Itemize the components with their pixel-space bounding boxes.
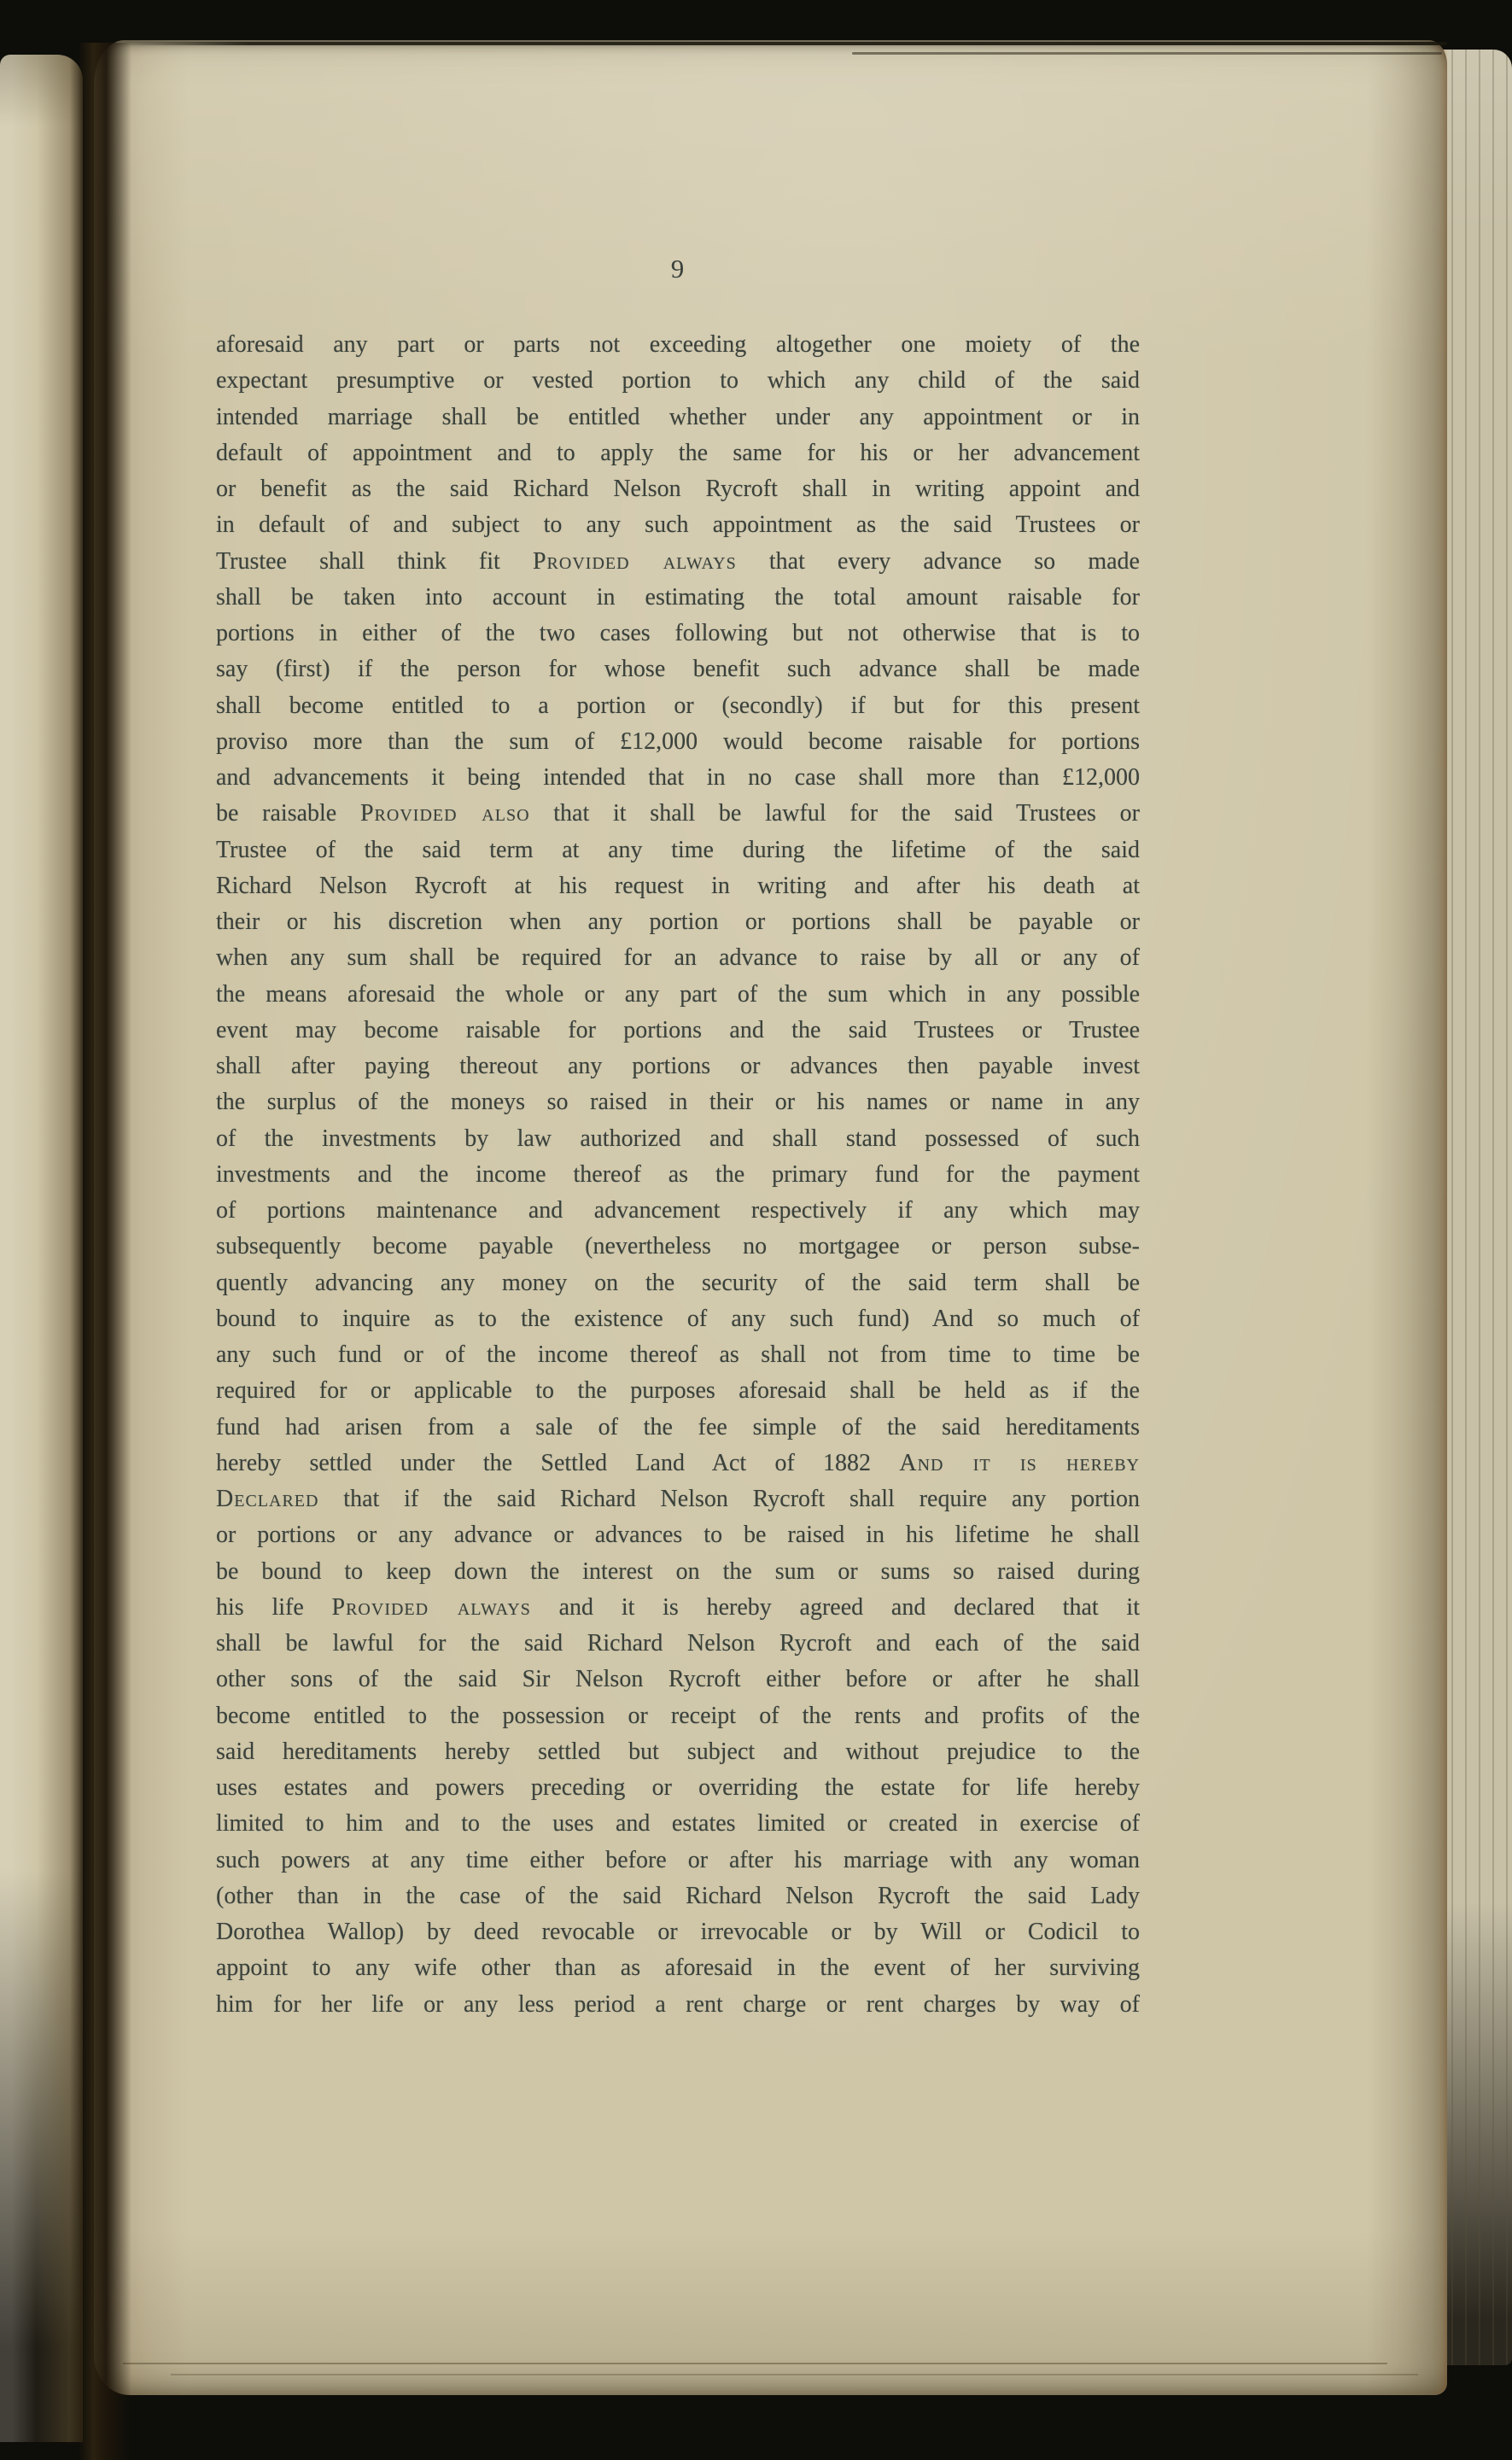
text-line: quently advancing any money on the secur… <box>216 1265 1140 1301</box>
text-line: of the investments by law authorized and… <box>216 1121 1140 1157</box>
text-segment: be raisable <box>216 800 360 827</box>
page-top-edge-secondary <box>852 52 1442 55</box>
text-segment: shall become entitled to a portion or (s… <box>216 692 1140 719</box>
text-segment: investments and the income thereof as th… <box>216 1161 1140 1188</box>
text-segment: of portions maintenance and advancement … <box>216 1197 1140 1224</box>
text-segment: become entitled to the possession or rec… <box>216 1703 1140 1729</box>
text-segment: the surplus of the moneys so raised in t… <box>216 1089 1140 1115</box>
text-line: event may become raisable for portions a… <box>216 1013 1140 1049</box>
text-line: be bound to keep down the interest on th… <box>216 1554 1140 1590</box>
small-caps-phrase: Provided always <box>533 548 737 575</box>
text-segment: him for her life or any less period a re… <box>216 1991 1140 2018</box>
text-segment: Trustee of the said term at any time dur… <box>216 837 1140 863</box>
text-line: hereby settled under the Settled Land Ac… <box>216 1446 1140 1481</box>
text-segment: other sons of the said Sir Nelson Rycrof… <box>216 1666 1140 1692</box>
text-segment: shall be lawful for the said Richard Nel… <box>216 1630 1140 1657</box>
text-segment: say (first) if the person for whose bene… <box>216 656 1140 682</box>
page-bottom-crease <box>123 2363 1387 2364</box>
text-segment: be bound to keep down the interest on th… <box>216 1558 1140 1585</box>
text-segment: appoint to any wife other than as afores… <box>216 1955 1140 1981</box>
small-caps-phrase: And it is hereby <box>899 1450 1140 1476</box>
page-bottom-edge-line <box>171 2374 1418 2375</box>
text-line: when any sum shall be required for an ad… <box>216 940 1140 976</box>
text-line: uses estates and powers preceding or ove… <box>216 1770 1140 1806</box>
text-segment: portions in either of the two cases foll… <box>216 620 1140 646</box>
text-line: said hereditaments hereby settled but su… <box>216 1734 1140 1770</box>
text-line: Richard Nelson Rycroft at his request in… <box>216 868 1140 904</box>
text-line: the means aforesaid the whole or any par… <box>216 977 1140 1013</box>
text-line: or benefit as the said Richard Nelson Ry… <box>216 471 1140 507</box>
text-segment: any such fund or of the income thereof a… <box>216 1341 1140 1368</box>
text-line: of portions maintenance and advancement … <box>216 1193 1140 1229</box>
text-line: shall after paying thereout any portions… <box>216 1049 1140 1084</box>
book-photo: 9 aforesaid any part or parts not exceed… <box>0 0 1512 2460</box>
text-segment: default of appointment and to apply the … <box>216 440 1140 466</box>
small-caps-phrase: Declared <box>216 1486 318 1512</box>
text-segment: the means aforesaid the whole or any par… <box>216 981 1140 1008</box>
text-line: him for her life or any less period a re… <box>216 1987 1140 2023</box>
previous-page-edge <box>0 55 83 2442</box>
text-segment: their or his discretion when any portion… <box>216 909 1140 935</box>
text-line: shall become entitled to a portion or (s… <box>216 688 1140 724</box>
text-segment: event may become raisable for portions a… <box>216 1017 1140 1043</box>
text-line: Dorothea Wallop) by deed revocable or ir… <box>216 1914 1140 1950</box>
text-segment: such powers at any time either before or… <box>216 1847 1140 1873</box>
text-line: intended marriage shall be entitled whet… <box>216 400 1140 435</box>
text-segment: bound to inquire as to the existence of … <box>216 1306 1140 1332</box>
body-text: aforesaid any part or parts not exceedin… <box>216 327 1140 2023</box>
text-segment: that every advance so made <box>737 548 1140 575</box>
text-line: default of appointment and to apply the … <box>216 435 1140 471</box>
text-line: shall be taken into account in estimatin… <box>216 580 1140 616</box>
text-line: or portions or any advance or advances t… <box>216 1517 1140 1553</box>
text-segment: required for or applicable to the purpos… <box>216 1377 1140 1404</box>
text-line: any such fund or of the income thereof a… <box>216 1337 1140 1373</box>
text-line: Trustee of the said term at any time dur… <box>216 833 1140 868</box>
text-segment: aforesaid any part or parts not exceedin… <box>216 331 1140 358</box>
text-segment: that if the said Richard Nelson Rycroft … <box>318 1486 1140 1512</box>
text-line: other sons of the said Sir Nelson Rycrof… <box>216 1662 1140 1697</box>
page-number: 9 <box>216 254 1140 284</box>
text-segment: subsequently become payable (nevertheles… <box>216 1233 1140 1259</box>
text-line: aforesaid any part or parts not exceedin… <box>216 327 1140 363</box>
text-segment: Trustee shall think fit <box>216 548 533 575</box>
text-segment: of the investments by law authorized and… <box>216 1125 1140 1152</box>
text-segment: that it shall be lawful for the said Tru… <box>530 800 1140 827</box>
text-line: expectant presumptive or vested portion … <box>216 363 1140 399</box>
text-segment: said hereditaments hereby settled but su… <box>216 1738 1140 1765</box>
page-top-edge <box>116 42 1447 45</box>
document-page: 9 aforesaid any part or parts not exceed… <box>94 40 1447 2395</box>
text-line: their or his discretion when any portion… <box>216 904 1140 940</box>
text-segment: in default of and subject to any such ap… <box>216 511 1140 538</box>
text-line: be raisable Provided also that it shall … <box>216 796 1140 832</box>
text-line: the surplus of the moneys so raised in t… <box>216 1084 1140 1120</box>
text-line: fund had arisen from a sale of the fee s… <box>216 1410 1140 1446</box>
text-line: Declared that if the said Richard Nelson… <box>216 1481 1140 1517</box>
text-line: such powers at any time either before or… <box>216 1843 1140 1879</box>
text-line: become entitled to the possession or rec… <box>216 1698 1140 1734</box>
small-caps-phrase: Provided also <box>360 800 530 827</box>
underlying-page-edges <box>1438 50 1512 2365</box>
text-segment: Dorothea Wallop) by deed revocable or ir… <box>216 1919 1140 1945</box>
text-line: subsequently become payable (nevertheles… <box>216 1229 1140 1265</box>
text-segment: when any sum shall be required for an ad… <box>216 944 1140 971</box>
text-line: and advancements it being intended that … <box>216 760 1140 796</box>
text-segment: and it is hereby agreed and declared tha… <box>531 1594 1140 1621</box>
text-line: portions in either of the two cases foll… <box>216 616 1140 652</box>
text-segment: limited to him and to the uses and estat… <box>216 1810 1140 1837</box>
text-line: his life Provided always and it is hereb… <box>216 1590 1140 1626</box>
text-line: say (first) if the person for whose bene… <box>216 652 1140 687</box>
text-line: (other than in the case of the said Rich… <box>216 1879 1140 1914</box>
text-line: investments and the income thereof as th… <box>216 1157 1140 1193</box>
text-segment: intended marriage shall be entitled whet… <box>216 404 1140 430</box>
text-line: proviso more than the sum of £12,000 wou… <box>216 724 1140 760</box>
text-line: bound to inquire as to the existence of … <box>216 1301 1140 1337</box>
text-segment: fund had arisen from a sale of the fee s… <box>216 1414 1140 1440</box>
text-segment: or benefit as the said Richard Nelson Ry… <box>216 476 1140 502</box>
text-segment: and advancements it being intended that … <box>216 764 1140 791</box>
text-segment: shall after paying thereout any portions… <box>216 1053 1140 1079</box>
text-segment: proviso more than the sum of £12,000 wou… <box>216 728 1140 755</box>
text-segment: uses estates and powers preceding or ove… <box>216 1774 1140 1801</box>
text-line: in default of and subject to any such ap… <box>216 507 1140 543</box>
text-segment: his life <box>216 1594 332 1621</box>
text-segment: or portions or any advance or advances t… <box>216 1522 1140 1548</box>
text-segment: Richard Nelson Rycroft at his request in… <box>216 873 1140 899</box>
text-line: limited to him and to the uses and estat… <box>216 1806 1140 1842</box>
text-segment: shall be taken into account in estimatin… <box>216 584 1140 611</box>
text-line: Trustee shall think fit Provided always … <box>216 544 1140 580</box>
text-line: shall be lawful for the said Richard Nel… <box>216 1626 1140 1662</box>
small-caps-phrase: Provided always <box>332 1594 531 1621</box>
text-line: required for or applicable to the purpos… <box>216 1373 1140 1409</box>
text-segment: quently advancing any money on the secur… <box>216 1270 1140 1296</box>
text-segment: expectant presumptive or vested portion … <box>216 367 1140 394</box>
text-segment: (other than in the case of the said Rich… <box>216 1883 1140 1909</box>
text-line: appoint to any wife other than as afores… <box>216 1950 1140 1986</box>
text-segment: hereby settled under the Settled Land Ac… <box>216 1450 899 1476</box>
